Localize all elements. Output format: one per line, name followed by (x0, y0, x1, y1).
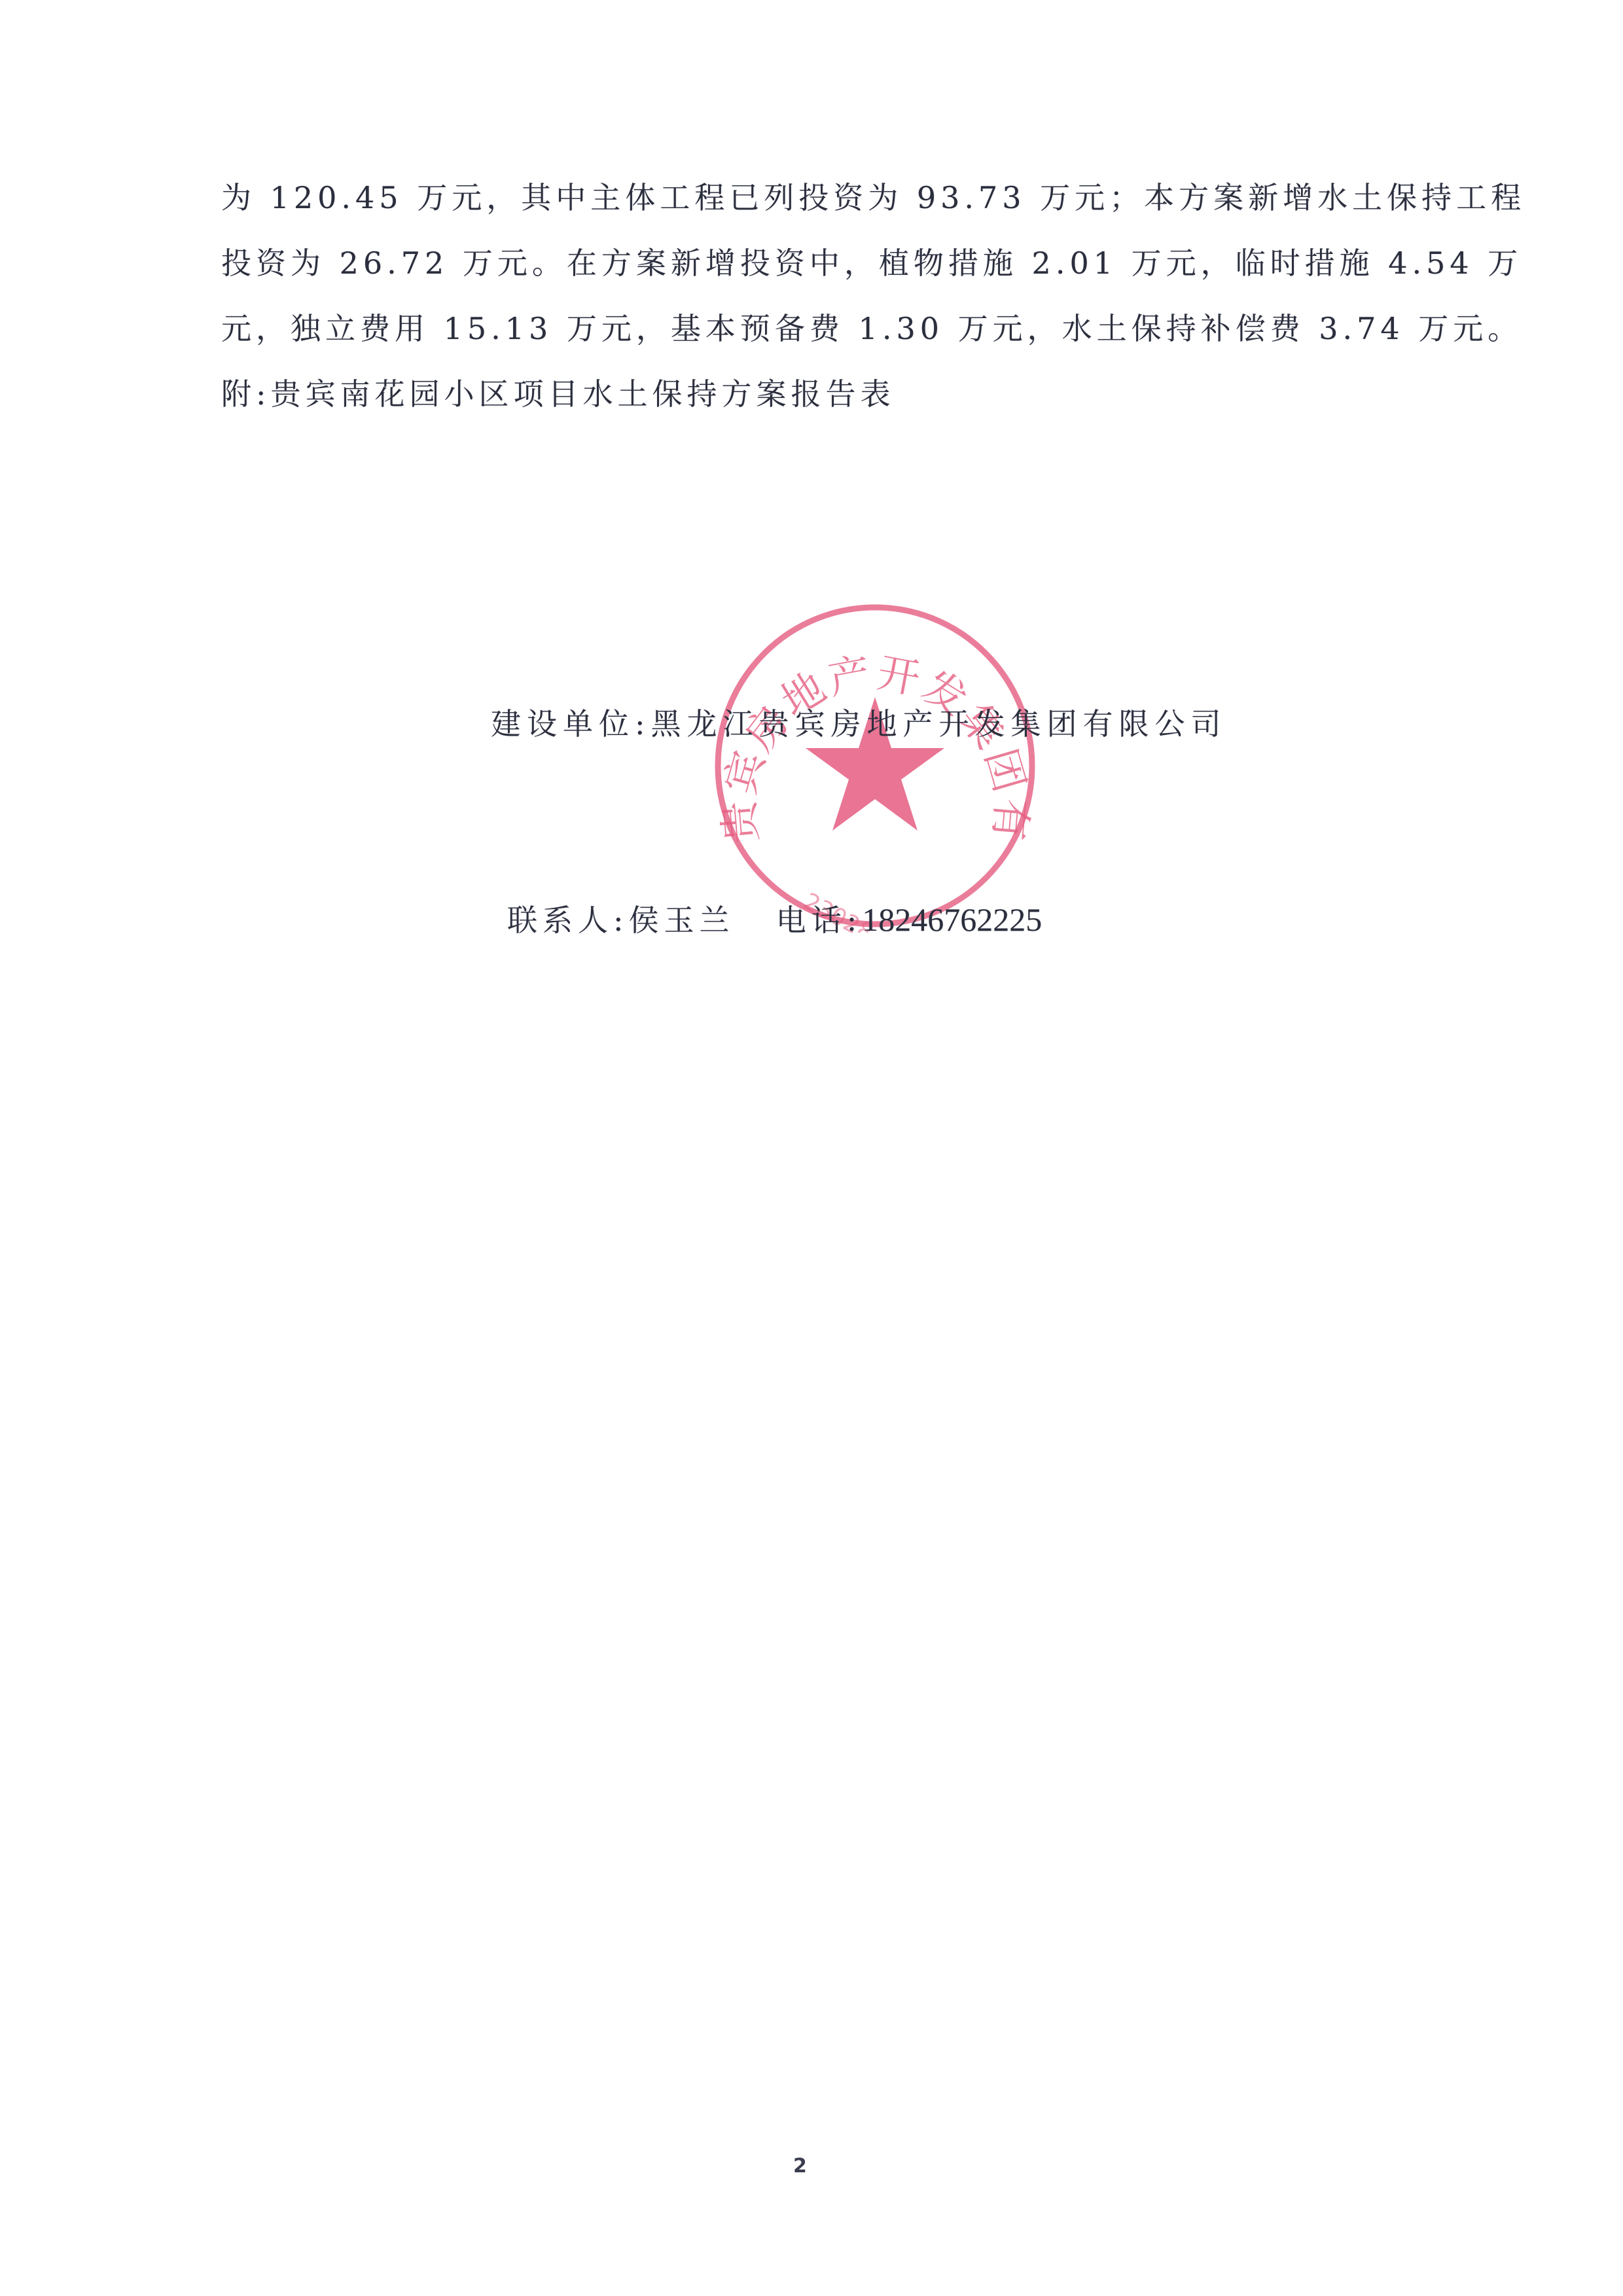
page-number: 2 (793, 2155, 807, 2178)
body-paragraph: 为 120.45 万元，其中主体工程已列投资为 93.73 万元；本方案新增水土… (221, 171, 1373, 433)
paragraph-line: 元，独立费用 15.13 万元，基本预备费 1.30 万元，水土保持补偿费 3.… (221, 302, 1373, 368)
company-seal: 黑龙江贵宾房地产开发集团有限公司 23028 (704, 599, 1044, 933)
phone-number: 18246762225 (862, 901, 1042, 938)
paragraph-line: 投资为 26.72 万元。在方案新增投资中，植物措施 2.01 万元，临时措施 … (221, 237, 1373, 302)
phone-label: 电话: (776, 903, 863, 938)
contact-name: 侯玉兰 (629, 903, 735, 938)
construction-unit-label: 建设单位: (491, 706, 651, 742)
construction-unit: 建设单位:黑龙江贵宾房地产开发集团有限公司 (491, 700, 1227, 744)
contact-info: 联系人:侯玉兰 电话:18246762225 (507, 897, 1042, 940)
attachment-line: 附:贵宾南花园小区项目水土保持方案报告表 (221, 368, 1373, 433)
construction-unit-name: 黑龙江贵宾房地产开发集团有限公司 (651, 706, 1227, 742)
document-page: 为 120.45 万元，其中主体工程已列投资为 93.73 万元；本方案新增水土… (0, 0, 1623, 2296)
paragraph-line: 为 120.45 万元，其中主体工程已列投资为 93.73 万元；本方案新增水土… (221, 171, 1373, 237)
contact-label: 联系人: (507, 903, 629, 938)
